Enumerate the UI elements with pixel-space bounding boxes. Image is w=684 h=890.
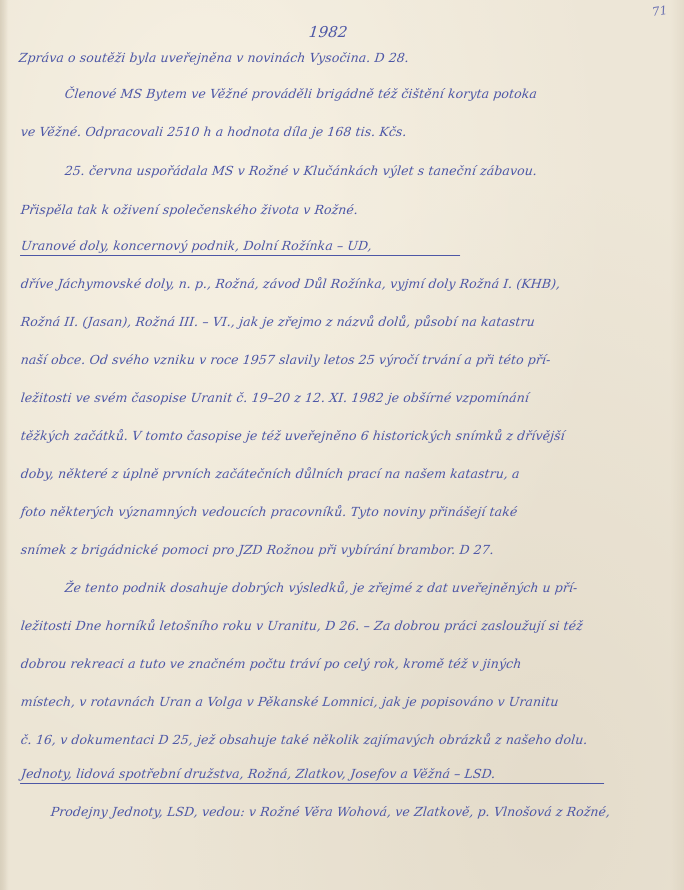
text-line-14: snímek z brigádnické pomoci pro JZD Rožn… — [20, 542, 495, 557]
text-line-17: dobrou rekreaci a tuto ve značném počtu … — [20, 656, 522, 671]
text-line-5: Přispěla tak k oživení společenského živ… — [20, 202, 359, 217]
text-line-2: Členové MS Bytem ve Věžné prováděli brig… — [64, 86, 538, 101]
text-line-13: foto některých významných vedoucích prac… — [20, 504, 518, 519]
text-line-7: dříve Jáchymovské doly, n. p., Rožná, zá… — [20, 276, 561, 291]
text-line-4: 25. června uspořádala MS v Rožné v Klučá… — [64, 163, 538, 178]
page-number: 71 — [651, 3, 668, 19]
section-heading-uranove-doly: Uranové doly, koncernový podnik, Dolní R… — [20, 238, 462, 256]
text-line-8: Rožná II. (Jasan), Rožná III. – VI., jak… — [20, 314, 536, 329]
text-line-18: místech, v rotavnách Uran a Volga v Pěka… — [20, 694, 559, 709]
text-line-1: Zpráva o soutěži byla uveřejněna v novin… — [18, 50, 410, 65]
manuscript-page: 71 1982 Zpráva o soutěži byla uveřejněna… — [0, 0, 684, 890]
section-heading-jednoty: Jednoty, lidová spotřební družstva, Rožn… — [20, 766, 606, 784]
text-line-21: Prodejny Jednoty, LSD, vedou: v Rožné Vě… — [50, 804, 611, 819]
text-line-10: ležitosti ve svém časopise Uranit č. 19–… — [20, 390, 530, 405]
text-line-9: naší obce. Od svého vzniku v roce 1957 s… — [20, 352, 551, 367]
text-line-19: č. 16, v dokumentaci D 25, jež obsahuje … — [20, 732, 588, 747]
page-binding-edge — [0, 0, 8, 890]
text-line-3: ve Věžné. Odpracovali 2510 h a hodnota d… — [20, 124, 407, 139]
text-line-11: těžkých začátků. V tomto časopise je též… — [20, 428, 566, 443]
text-line-15: Že tento podnik dosahuje dobrých výsledk… — [64, 580, 578, 595]
text-line-16: ležitosti Dne horníků letošního roku v U… — [20, 618, 584, 633]
text-line-12: doby, některé z úplně prvních začátečníc… — [20, 466, 520, 481]
year-heading: 1982 — [308, 23, 348, 41]
